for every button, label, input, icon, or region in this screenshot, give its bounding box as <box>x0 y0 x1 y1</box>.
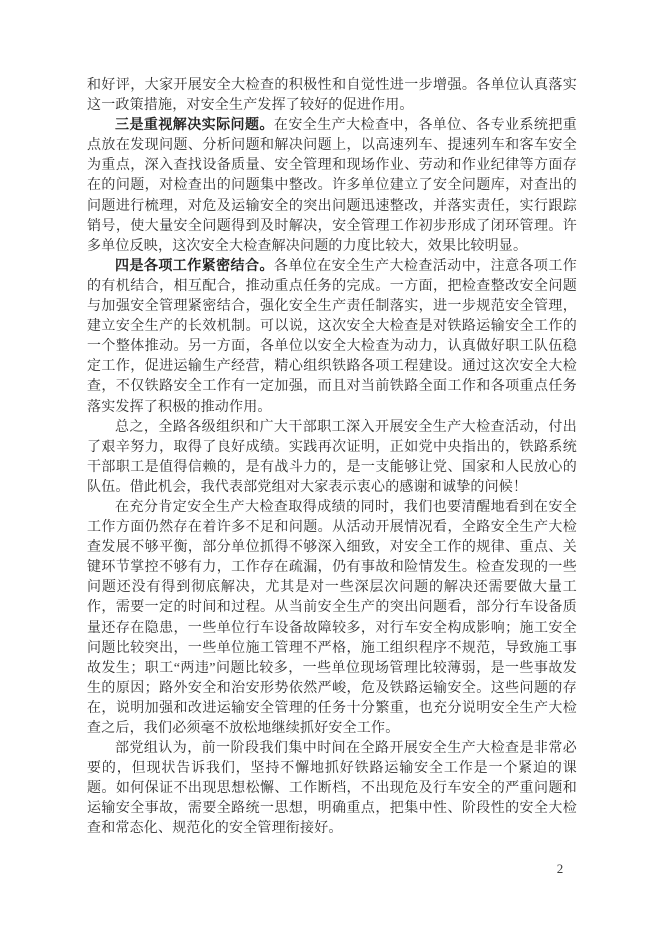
paragraph-lead: 四是各项工作紧密结合。 <box>115 259 274 274</box>
document-page: 和好评，大家开展安全大检查的积极性和自觉性进一步增强。各单位认真落实这一政策措施… <box>0 0 661 935</box>
paragraph: 部党组认为，前一阶段我们集中时间在全路开展安全生产大检查是非常必要的，但现状告诉… <box>87 739 577 839</box>
paragraph: 三是重视解决实际问题。在安全生产大检查中，各单位、各专业系统把重点放在发现问题、… <box>87 116 577 257</box>
paragraph-lead: 三是重视解决实际问题。 <box>115 118 274 133</box>
paragraph: 四是各项工作紧密结合。各单位在安全生产大检查活动中，注意各项工作的有机结合，相互… <box>87 257 577 418</box>
page-number: 2 <box>548 861 572 877</box>
paragraph: 和好评，大家开展安全大检查的积极性和自觉性进一步增强。各单位认真落实这一政策措施… <box>87 76 577 116</box>
paragraph: 总之，全路各级组织和广大干部职工深入开展安全生产大检查活动，付出了艰辛努力，取得… <box>87 418 577 498</box>
paragraph: 在充分肯定安全生产大检查取得成绩的同时，我们也要清醒地看到在安全工作方面仍然存在… <box>87 498 577 739</box>
document-body: 和好评，大家开展安全大检查的积极性和自觉性进一步增强。各单位认真落实这一政策措施… <box>87 76 577 840</box>
